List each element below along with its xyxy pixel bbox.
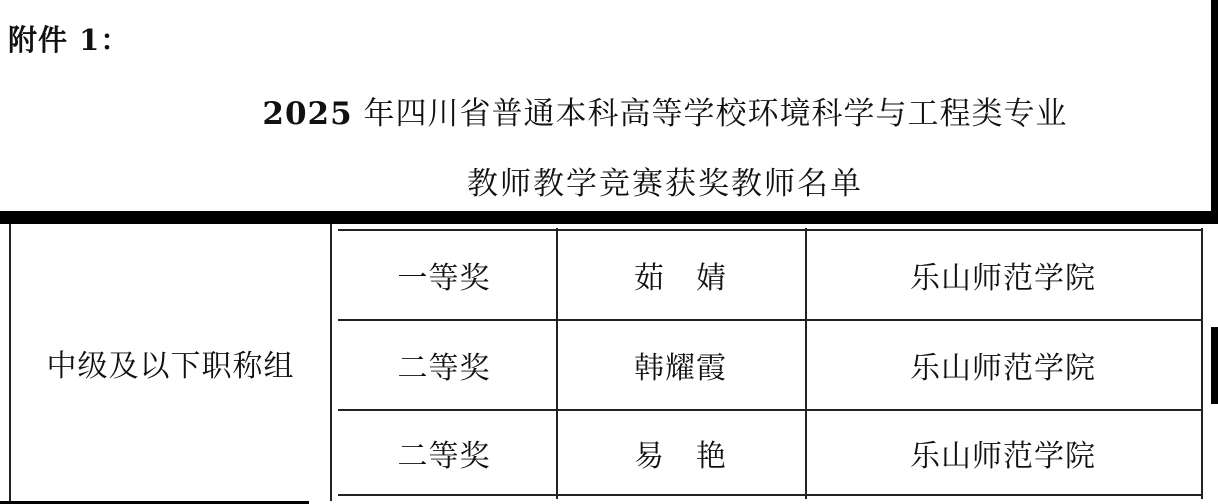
frame-border-right xyxy=(1211,0,1218,224)
scan-edge-block xyxy=(1211,327,1218,404)
institution-cell: 乐山师范学院 xyxy=(805,321,1201,409)
name-cell: 易 艳 xyxy=(556,411,805,494)
name-cell: 韩耀霞 xyxy=(556,321,805,409)
award-cell: 二等奖 xyxy=(332,321,556,409)
table-row: 一等奖 茹 婧 乐山师范学院 xyxy=(332,231,1203,319)
award-cell: 二等奖 xyxy=(332,411,556,494)
table-row-line xyxy=(338,494,1203,496)
title-line-1-text: 年四川省普通本科高等学校环境科学与工程类专业 xyxy=(353,96,1068,132)
institution-cell: 乐山师范学院 xyxy=(805,411,1201,494)
table-row: 二等奖 韩耀霞 乐山师范学院 xyxy=(332,321,1203,409)
frame-border-bottom xyxy=(0,211,1218,224)
attachment-label: 附件 1： xyxy=(8,18,130,59)
title-line-2: 教师教学竞赛获奖教师名单 xyxy=(0,158,1218,203)
group-cell: 中级及以下职称组 xyxy=(11,224,330,501)
title-line-1: 2025 年四川省普通本科高等学校环境科学与工程类专业 xyxy=(0,88,1218,133)
name-cell: 茹 婧 xyxy=(556,231,805,319)
table-row: 二等奖 易 艳 乐山师范学院 xyxy=(332,411,1203,494)
title-year: 2025 xyxy=(262,96,352,132)
award-cell: 一等奖 xyxy=(332,231,556,319)
institution-cell: 乐山师范学院 xyxy=(805,231,1201,319)
